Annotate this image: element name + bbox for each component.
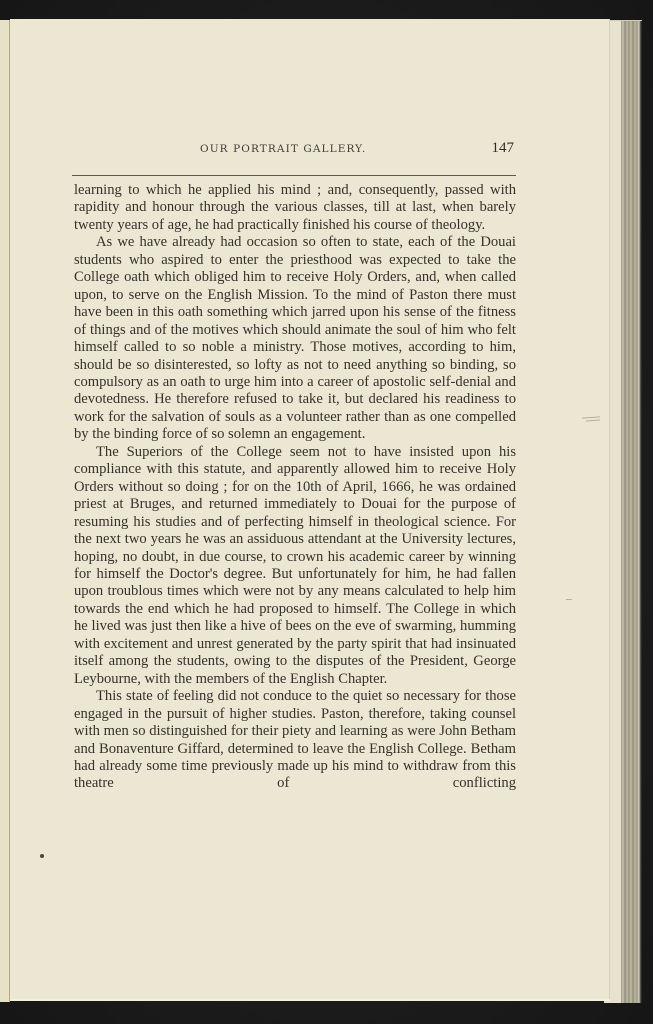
- margin-dot-mark: [40, 854, 44, 858]
- paragraph-2: As we have already had occasion so often…: [74, 234, 516, 443]
- previous-page-edge: [0, 20, 10, 1002]
- paragraph-3: The Superiors of the College seem not to…: [74, 444, 516, 688]
- paragraph-4: This state of feeling did not conduce to…: [74, 688, 516, 793]
- margin-pencil-mark: [582, 416, 600, 418]
- margin-pencil-mark: [566, 599, 572, 600]
- body-text: learning to which he applied his mind ; …: [74, 182, 516, 793]
- scanned-book-scene: OUR PORTRAIT GALLERY. 147 learning to wh…: [0, 0, 653, 1024]
- running-head: OUR PORTRAIT GALLERY. 147: [72, 142, 516, 162]
- page-number: 147: [492, 140, 515, 157]
- book-page: OUR PORTRAIT GALLERY. 147 learning to wh…: [10, 19, 610, 1001]
- paragraph-1: learning to which he applied his mind ; …: [74, 182, 516, 234]
- margin-pencil-mark: [586, 420, 600, 422]
- header-rule: [72, 175, 516, 176]
- running-title: OUR PORTRAIT GALLERY.: [200, 143, 366, 155]
